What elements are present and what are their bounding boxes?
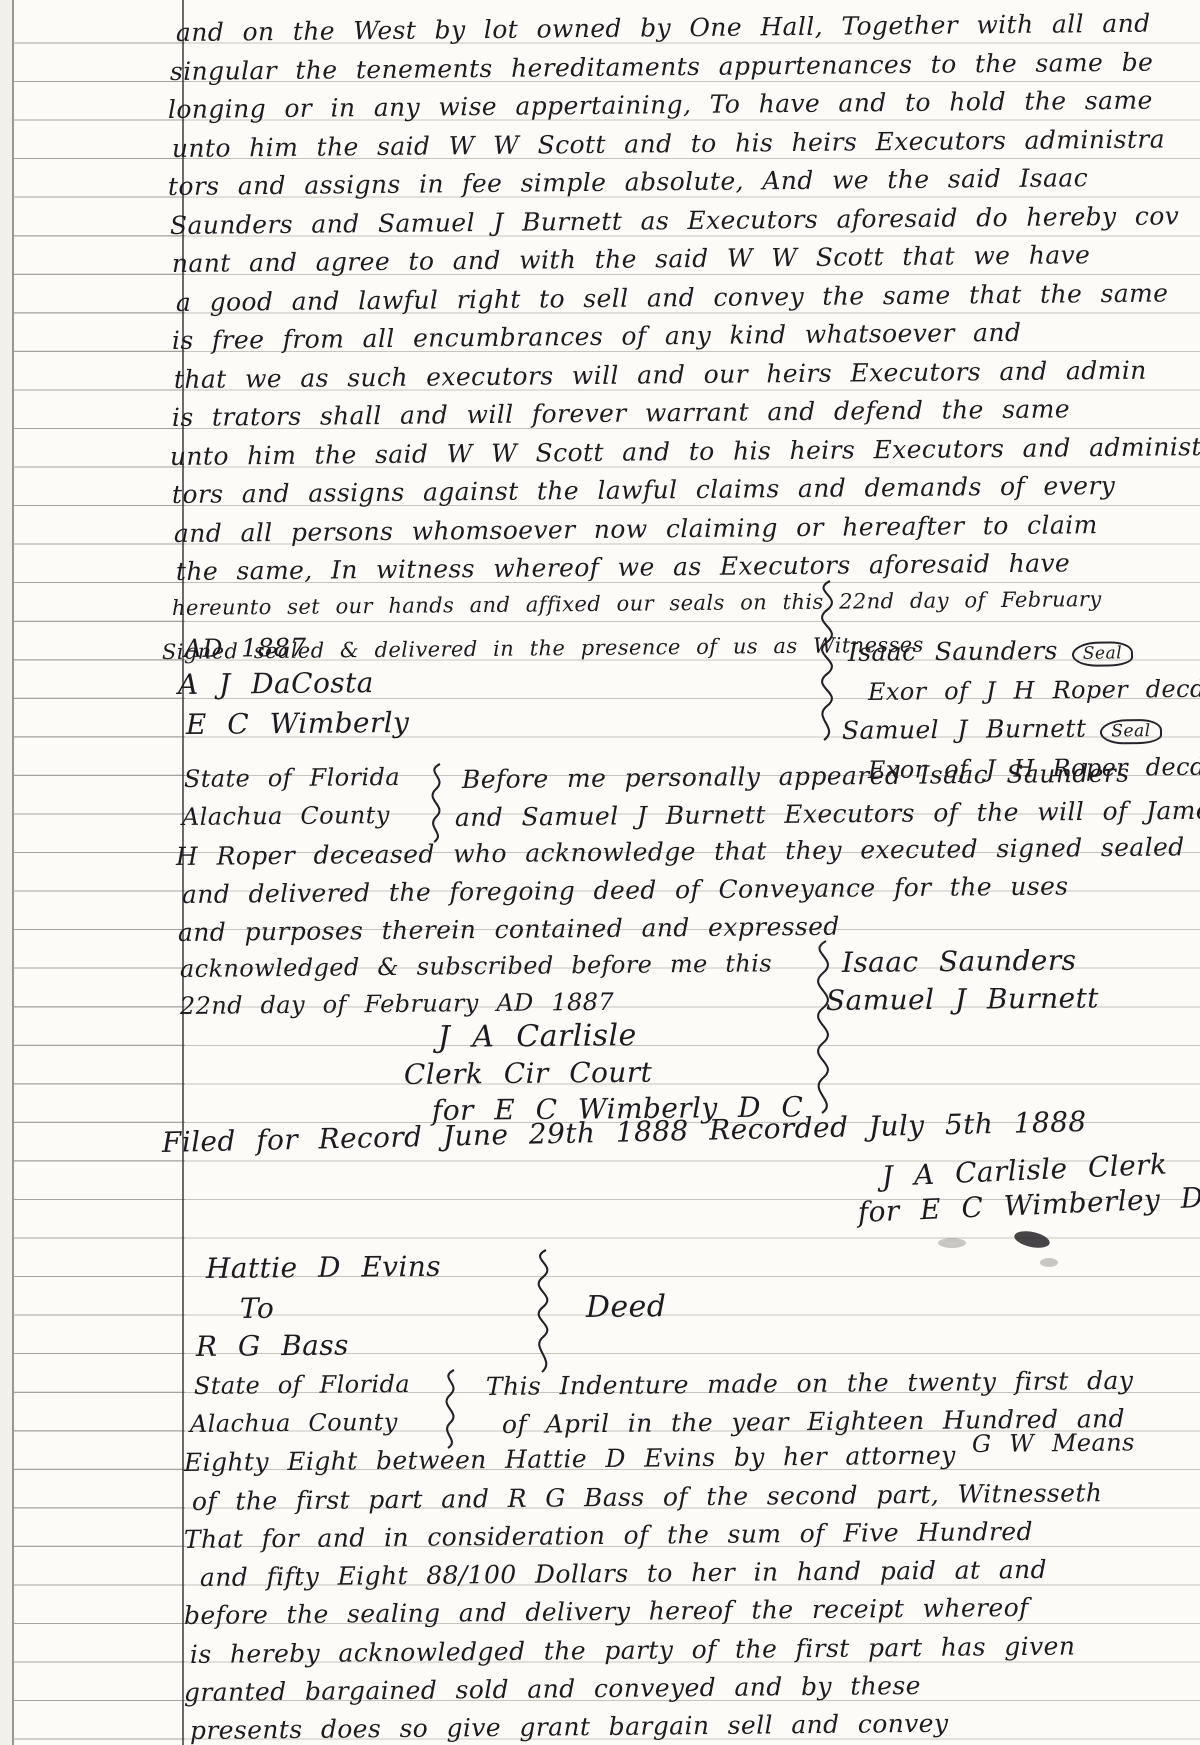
deed-line: unto him the said W W Scott and to his h… bbox=[172, 124, 1165, 163]
deed-line: a good and lawful right to sell and conv… bbox=[176, 278, 1169, 317]
acknowledgment-line: H Roper deceased who acknowledge that th… bbox=[176, 832, 1185, 871]
deed-line: nant and agree to and with the said W W … bbox=[172, 240, 1091, 278]
officer-title: Clerk Cir Court bbox=[404, 1056, 653, 1091]
deed-line: unto him the said W W Scott and to his h… bbox=[170, 432, 1200, 471]
ink-smudge bbox=[938, 1238, 966, 1248]
jurat-line: acknowledged & subscribed before me this bbox=[180, 949, 772, 983]
deed-line: longing or in any wise appertaining, To … bbox=[168, 86, 1153, 124]
acknowledgment-line: and delivered the foregoing deed of Conv… bbox=[182, 871, 1069, 909]
deed-line: and all persons whomsoever now claiming … bbox=[174, 510, 1098, 548]
deed-line: is free from all encumbrances of any kin… bbox=[172, 318, 1022, 355]
venue-state: State of Florida bbox=[184, 763, 400, 793]
ledger-page: and on the West by lot owned by One Hall… bbox=[0, 0, 1200, 1745]
deed-line: and on the West by lot owned by One Hall… bbox=[176, 9, 1151, 47]
document-type: Deed bbox=[586, 1289, 667, 1325]
deed-line: That for and in consideration of the sum… bbox=[184, 1517, 1033, 1554]
to-label: To bbox=[240, 1292, 274, 1325]
deed-line: is trators shall and will forever warran… bbox=[172, 394, 1070, 432]
seal-badge: Seal bbox=[1072, 641, 1134, 667]
deed-line: that we as such executors will and our h… bbox=[174, 356, 1147, 394]
deed-line: Saunders and Samuel J Burnett as Executo… bbox=[170, 201, 1180, 240]
deed-line: presents does so give grant bargain sell… bbox=[190, 1709, 949, 1745]
witness-signature: A J DaCosta bbox=[178, 666, 374, 701]
deed-line: and fifty Eight 88/100 Dollars to her in… bbox=[200, 1555, 1047, 1592]
jurat-line: 22nd day of February AD 1887 bbox=[180, 988, 614, 1020]
officer-signature: J A Carlisle bbox=[438, 1018, 637, 1055]
ink-smudge bbox=[1040, 1258, 1058, 1267]
brace-squiggle bbox=[518, 1248, 562, 1374]
brace-squiggle bbox=[418, 762, 452, 844]
ink-blot bbox=[1013, 1228, 1051, 1250]
signer-name: Isaac Saunders bbox=[848, 636, 1058, 667]
deed-line: is hereby acknowledged the party of the … bbox=[190, 1632, 1076, 1669]
grantee-name: R G Bass bbox=[196, 1329, 349, 1363]
grantor-name: Hattie D Evins bbox=[206, 1250, 441, 1285]
signer-signature: Isaac SaundersSeal bbox=[848, 635, 1133, 669]
brace-squiggle bbox=[796, 938, 844, 1116]
venue-county: Alachua County bbox=[182, 801, 390, 831]
deed-line: hereunto set our hands and affixed our s… bbox=[172, 587, 1102, 620]
deed-line: tors and assigns in fee simple absolute,… bbox=[168, 163, 1088, 201]
signer-name: Samuel J Burnett bbox=[842, 714, 1087, 745]
signer-signature: Samuel J BurnettSeal bbox=[842, 713, 1162, 747]
deed-line: tors and assigns against the lawful clai… bbox=[172, 471, 1116, 509]
page-gutter-edge bbox=[0, 0, 14, 1745]
venue-county: Alachua County bbox=[190, 1408, 398, 1438]
seal-badge: Seal bbox=[1100, 719, 1162, 745]
acknowledging-signature: Isaac Saunders bbox=[842, 944, 1077, 979]
signer-title: Exor of J H Roper decd bbox=[868, 675, 1200, 706]
venue-state: State of Florida bbox=[194, 1370, 410, 1400]
acknowledgment-line: Before me personally appeared Isaac Saun… bbox=[462, 759, 1130, 794]
attorney-name: G W Means bbox=[972, 1428, 1135, 1458]
deed-line: This Indenture made on the twenty first … bbox=[486, 1366, 1134, 1401]
acknowledgment-line: and purposes therein contained and expre… bbox=[178, 912, 840, 947]
deed-line: Eighty Eight between Hattie D Evins by h… bbox=[184, 1441, 956, 1477]
witness-signature: E C Wimberly bbox=[186, 706, 410, 741]
deed-line: the same, In witness whereof we as Execu… bbox=[176, 548, 1070, 586]
deed-line: granted bargained sold and conveyed and … bbox=[184, 1671, 921, 1707]
ruled-lines-margin bbox=[0, 5, 185, 1745]
brace-squiggle bbox=[432, 1368, 466, 1450]
deed-line: before the sealing and delivery hereof t… bbox=[184, 1593, 1029, 1630]
deed-line: singular the tenements hereditaments app… bbox=[170, 48, 1154, 86]
deed-line: of the first part and R G Bass of the se… bbox=[192, 1478, 1103, 1516]
acknowledgment-line: and Samuel J Burnett Executors of the wi… bbox=[455, 796, 1200, 832]
acknowledging-signature: Samuel J Burnett bbox=[826, 981, 1099, 1017]
